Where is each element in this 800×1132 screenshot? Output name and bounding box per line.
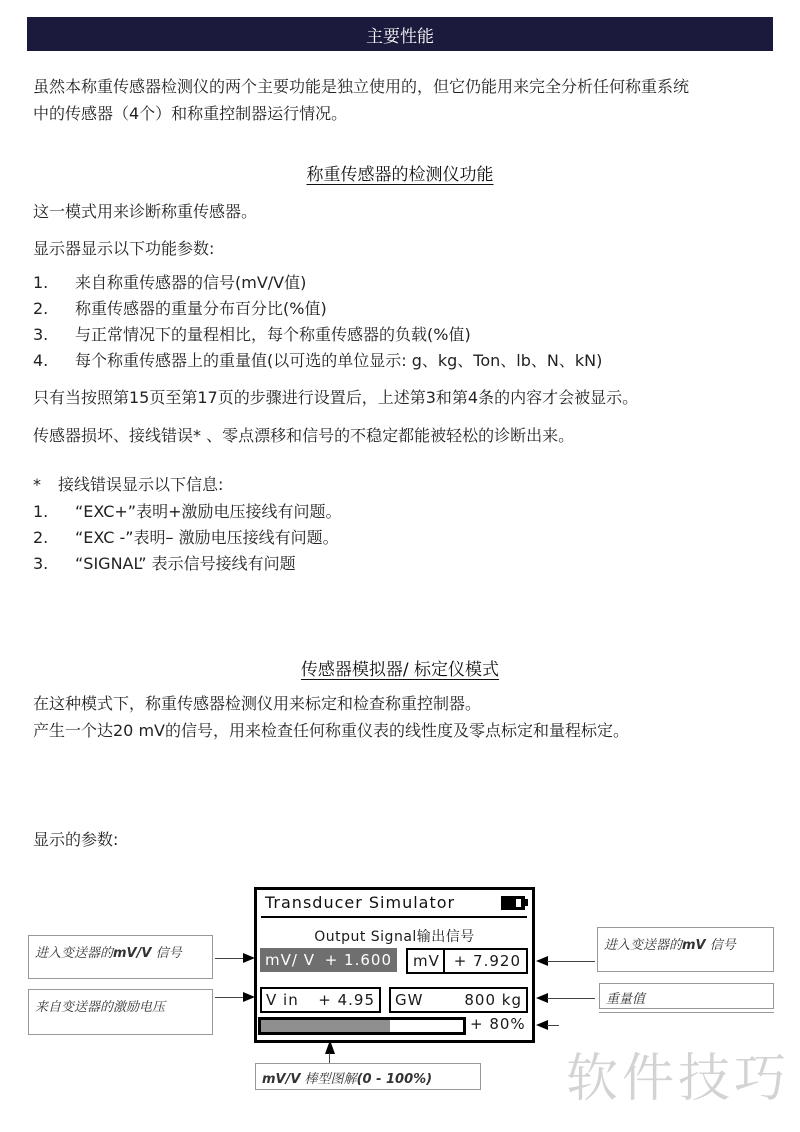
battery-tip <box>525 899 528 906</box>
callout-suffix: 信号 <box>706 938 736 953</box>
device-title: Transducer Simulator <box>265 893 455 912</box>
list-item: 2.称重传感器的重量分布百分比(%值) <box>33 296 327 319</box>
list-number: 1. <box>33 502 75 521</box>
device-display: Transducer Simulator Output Signal输出信号 m… <box>254 887 535 1043</box>
callout-mv-input: 进入变送器的mV 信号 <box>597 927 774 972</box>
callout-middle: 棒型图解 <box>300 1072 356 1087</box>
callout-excitation: 来自变送器的激励电压 <box>28 989 213 1035</box>
list-item: 3.与正常情况下的量程相比，每个称重传感器的负载(%值) <box>33 322 471 345</box>
vin-value: + 4.95 <box>318 991 375 1009</box>
list-text: “EXC -”表明– 激励电压接线有问题。 <box>75 528 339 547</box>
gw-value: 800 kg <box>464 991 522 1009</box>
error-item: 2.“EXC -”表明– 激励电压接线有问题。 <box>33 525 339 548</box>
callout-suffix: 信号 <box>151 946 181 961</box>
device-subtitle: Output Signal输出信号 <box>257 926 532 946</box>
arrow-line <box>547 1025 559 1026</box>
list-text: “SIGNAL” 表示信号接线有问题 <box>75 554 296 573</box>
callout-text: 进入变送器的mV/V 信号 <box>35 942 182 961</box>
list-text: 称重传感器的重量分布百分比(%值) <box>75 299 327 318</box>
arrow-right-icon <box>243 953 255 963</box>
list-number: 3. <box>33 325 75 344</box>
params-intro: 显示器显示以下功能参数: <box>33 235 214 262</box>
list-number: 2. <box>33 299 75 318</box>
list-number: 1. <box>33 273 75 292</box>
section1-heading-text: 称重传感器的检测仪功能 <box>307 165 494 185</box>
section2-heading-text: 传感器模拟器/ 标定仪模式 <box>301 660 499 680</box>
callout-underline <box>599 1012 774 1013</box>
diagnosis-note: 传感器损坏、接线错误* 、零点漂移和信号的不稳定都能被轻松的诊断出来。 <box>33 422 574 449</box>
list-number: 2. <box>33 528 75 547</box>
section2-heading: 传感器模拟器/ 标定仪模式 <box>0 655 800 680</box>
list-number: 4. <box>33 351 75 370</box>
vin-readout: V in + 4.95 <box>260 987 381 1013</box>
arrow-line <box>547 998 595 999</box>
mvv-bar-graph <box>258 1017 466 1035</box>
callout-text: 进入变送器的mV 信号 <box>604 934 736 953</box>
section2-paragraph: 在这种模式下，称重传感器检测仪用来标定和检查称重控制器。 产生一个达20 mV的… <box>33 690 629 744</box>
intro-paragraph: 虽然本称重传感器检测仪的两个主要功能是独立使用的，但它仍能用来完全分析任何称重系… <box>33 73 689 127</box>
gw-readout: GW 800 kg <box>389 987 528 1013</box>
bar-percent: + 80% <box>470 1015 526 1033</box>
list-item: 4.每个称重传感器上的重量值(以可选的单位显示: g、kg、Ton、lb、N、k… <box>33 348 602 371</box>
error-item: 3.“SIGNAL” 表示信号接线有问题 <box>33 551 296 574</box>
section2-line-1: 在这种模式下，称重传感器检测仪用来标定和检查称重控制器。 <box>33 690 629 717</box>
mv-value: + 7.920 <box>454 952 521 970</box>
section1-heading: 称重传感器的检测仪功能 <box>0 160 800 185</box>
arrow-line <box>329 1053 330 1063</box>
callout-bold: mV <box>682 938 706 953</box>
arrow-line <box>215 997 245 998</box>
arrow-up-icon <box>325 1040 335 1054</box>
callout-bold: mV/V <box>113 946 151 961</box>
mv-divider <box>443 950 445 972</box>
callout-suffix: (0 - 100%) <box>357 1072 433 1087</box>
list-number: 3. <box>33 554 75 573</box>
callout-text: 重量值 <box>606 988 645 1007</box>
arrow-right-icon <box>243 992 255 1002</box>
arrow-line <box>547 961 595 962</box>
error-item: 1.“EXC+”表明+激励电压接线有问题。 <box>33 499 341 522</box>
mv-label: mV <box>413 952 440 970</box>
footnote-text: 接线错误显示以下信息: <box>58 475 223 494</box>
callout-text: 来自变送器的激励电压 <box>35 996 165 1015</box>
params-label: 显示的参数: <box>33 826 118 853</box>
footnote: *接线错误显示以下信息: <box>33 472 223 495</box>
intro-line-2: 中的传感器（4个）和称重控制器运行情况。 <box>33 100 689 127</box>
list-text: 来自称重传感器的信号(mV/V值) <box>75 273 306 292</box>
gw-label: GW <box>395 991 423 1009</box>
section2-line-2: 产生一个达20 mV的信号，用来检查任何称重仪表的线性度及零点标定和量程标定。 <box>33 717 629 744</box>
callout-prefix: 进入变送器的 <box>35 946 113 961</box>
watermark: 软件技巧 <box>566 1036 790 1111</box>
callout-weight: 重量值 <box>599 983 774 1009</box>
list-text: 与正常情况下的量程相比，每个称重传感器的负载(%值) <box>75 325 471 344</box>
mvv-label: mV/ V <box>265 951 315 969</box>
arrow-line <box>215 958 245 959</box>
banner-title: 主要性能 <box>366 22 434 47</box>
callout-prefix: 进入变送器的 <box>604 938 682 953</box>
bar-fill <box>261 1020 390 1032</box>
callout-bold: mV/V <box>262 1072 300 1087</box>
list-text: “EXC+”表明+激励电压接线有问题。 <box>75 502 341 521</box>
callout-mvv-input: 进入变送器的mV/V 信号 <box>28 935 213 979</box>
battery-icon <box>501 896 525 910</box>
callout-text: mV/V 棒型图解(0 - 100%) <box>262 1068 432 1087</box>
mode-description: 这一模式用来诊断称重传感器。 <box>33 198 257 225</box>
list-item: 1.来自称重传感器的信号(mV/V值) <box>33 270 306 293</box>
setup-note: 只有当按照第15页至第17页的步骤进行设置后，上述第3和第4条的内容才会被显示。 <box>33 384 638 411</box>
mvv-value: + 1.600 <box>325 951 392 969</box>
callout-bar-graph: mV/V 棒型图解(0 - 100%) <box>255 1063 481 1090</box>
mvv-readout: mV/ V + 1.600 <box>260 948 397 972</box>
title-divider <box>261 916 527 918</box>
list-text: 每个称重传感器上的重量值(以可选的单位显示: g、kg、Ton、lb、N、kN) <box>75 351 602 370</box>
footnote-mark: * <box>33 475 58 494</box>
mv-readout: mV + 7.920 <box>406 948 528 974</box>
intro-line-1: 虽然本称重传感器检测仪的两个主要功能是独立使用的，但它仍能用来完全分析任何称重系… <box>33 73 689 100</box>
section-banner: 主要性能 <box>27 17 773 51</box>
vin-label: V in <box>266 991 299 1009</box>
